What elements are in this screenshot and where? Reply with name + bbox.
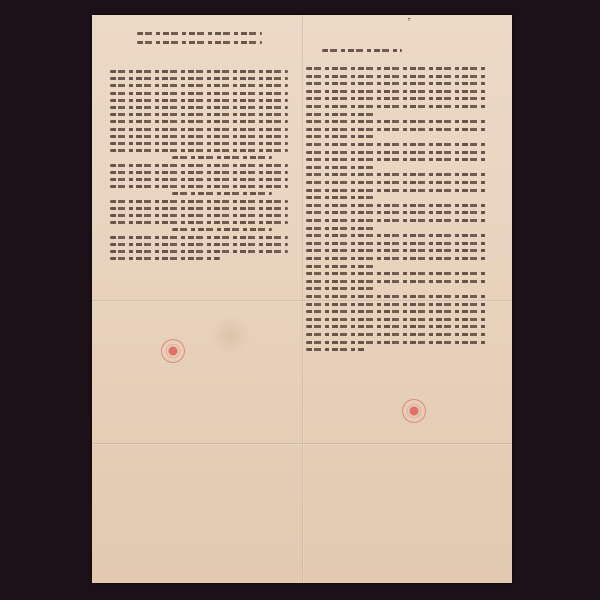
text-line [110,221,288,224]
text-line [172,156,272,159]
text-line [306,242,486,245]
text-line [306,97,486,100]
text-line [110,84,288,87]
text-line [306,295,486,298]
text-line [306,67,486,70]
text-line [306,135,376,138]
text-line [110,113,288,116]
text-line [110,207,288,210]
text-line [306,234,486,237]
text-line [110,178,288,181]
header-line [322,49,402,52]
right-red-seal [402,399,426,423]
text-line [306,265,376,268]
text-line [306,196,376,199]
text-line [306,348,366,351]
text-line [110,250,288,253]
text-line [110,236,288,239]
text-line [110,243,288,246]
right-page: ٢ [304,15,512,583]
text-line [306,105,486,108]
text-line [306,211,486,214]
text-line [306,325,486,328]
text-line [306,189,486,192]
text-line [110,92,288,95]
text-line [306,75,486,78]
text-line [306,128,486,131]
text-line [110,128,288,131]
text-line [306,249,486,252]
text-line [306,158,486,161]
text-line [306,280,486,283]
left-page [92,15,302,583]
text-line [306,204,486,207]
text-line [306,227,376,230]
text-line [306,82,486,85]
page-mark: ٢ [408,17,411,23]
document-sheet: ٢ [92,15,512,583]
text-line [110,142,288,145]
header-line [137,32,262,35]
text-line [110,135,288,138]
text-line [306,113,376,116]
text-line [306,303,486,306]
header-line [137,41,262,44]
text-line [306,310,486,313]
text-line [110,164,288,167]
text-line [110,214,288,217]
text-line [306,272,486,275]
text-line [306,181,486,184]
text-line [306,341,486,344]
text-line [306,318,486,321]
text-line [110,200,288,203]
text-line [306,120,486,123]
text-line [306,257,486,260]
text-line [306,143,486,146]
text-line [306,333,486,336]
text-line [172,192,272,195]
text-line [110,171,288,174]
text-line [110,70,288,73]
text-line [306,173,486,176]
text-line [306,90,486,93]
text-line [110,106,288,109]
text-line [110,257,220,260]
text-line [306,166,376,169]
text-line [110,149,288,152]
text-line [172,228,272,231]
text-line [306,219,486,222]
text-line [110,185,288,188]
text-line [110,77,288,80]
text-line [306,151,486,154]
text-line [306,287,376,290]
text-line [110,99,288,102]
text-line [110,120,288,123]
left-red-seal [161,339,185,363]
